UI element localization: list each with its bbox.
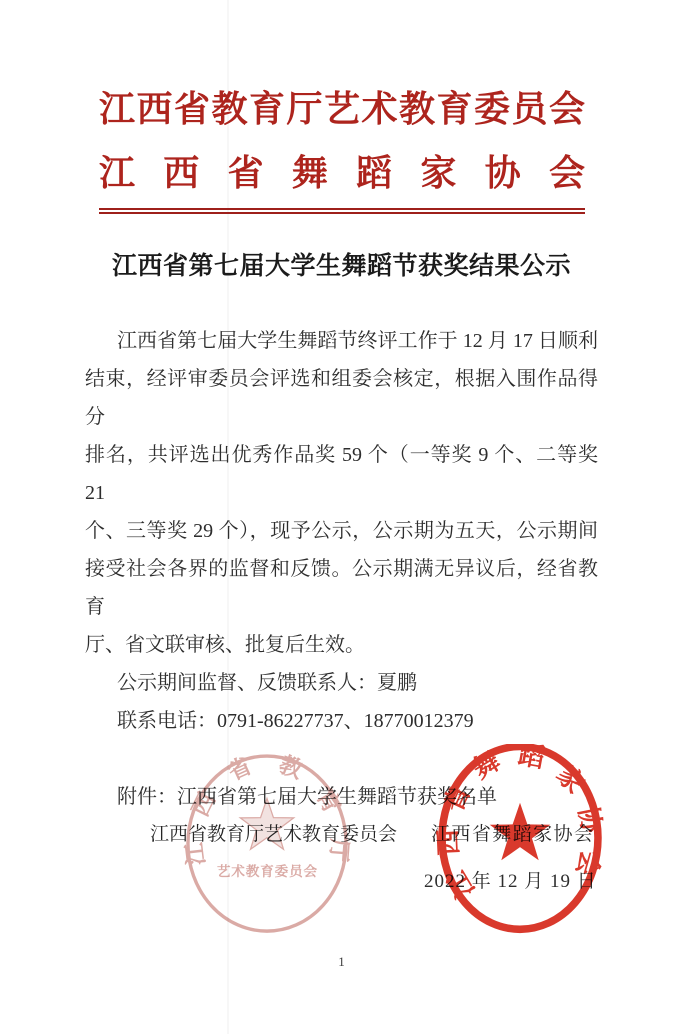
paragraph-line: 接受社会各界的监督和反馈。公示期满无异议后，经省教育 bbox=[85, 550, 598, 626]
document-date: 2022 年 12 月 19 日 bbox=[424, 866, 592, 893]
letterhead: 江西省教育厅艺术教育委员会 江西省舞蹈家协会 bbox=[99, 84, 585, 214]
contact-phone-line: 联系电话：0791-86227737、18770012379 bbox=[85, 702, 598, 740]
document-body: 江西省第七届大学生舞蹈节终评工作于 12 月 17 日顺利结束，经评审委员会评选… bbox=[85, 322, 598, 816]
letterhead-org-line1: 江西省教育厅艺术教育委员会 bbox=[99, 84, 585, 134]
letterhead-divider-rule bbox=[99, 208, 585, 214]
paragraph-line: 江西省第七届大学生舞蹈节终评工作于 12 月 17 日顺利 bbox=[85, 322, 598, 360]
contact-person-line: 公示期间监督、反馈联系人：夏鹏 bbox=[85, 664, 598, 702]
document-page: 江西省教育厅艺术教育委员会 江西省舞蹈家协会 江西省第七届大学生舞蹈节获奖结果公… bbox=[0, 0, 683, 1034]
paragraph-line: 结束，经评审委员会评选和组委会核定，根据入围作品得分 bbox=[85, 360, 598, 436]
main-paragraph: 江西省第七届大学生舞蹈节终评工作于 12 月 17 日顺利结束，经评审委员会评选… bbox=[85, 322, 598, 664]
paragraph-line: 厅、省文联审核、批复后生效。 bbox=[85, 626, 598, 664]
paragraph-line: 个、三等奖 29 个），现予公示，公示期为五天，公示期间 bbox=[85, 512, 598, 550]
seal-center-text: 艺术教育委员会 bbox=[217, 863, 318, 879]
attachment-line: 附件：江西省第七届大学生舞蹈节获奖名单 bbox=[85, 778, 598, 816]
page-number: 1 bbox=[0, 954, 683, 970]
letterhead-org-line2: 江西省舞蹈家协会 bbox=[99, 148, 585, 198]
signature-left-org: 江西省教育厅艺术教育委员会 bbox=[150, 823, 380, 847]
document-title: 江西省第七届大学生舞蹈节获奖结果公示 bbox=[0, 246, 683, 282]
paragraph-line: 排名，共评选出优秀作品奖 59 个（一等奖 9 个、二等奖 21 bbox=[85, 436, 598, 512]
signature-right-org: 江西省舞蹈家协会 bbox=[431, 823, 593, 847]
